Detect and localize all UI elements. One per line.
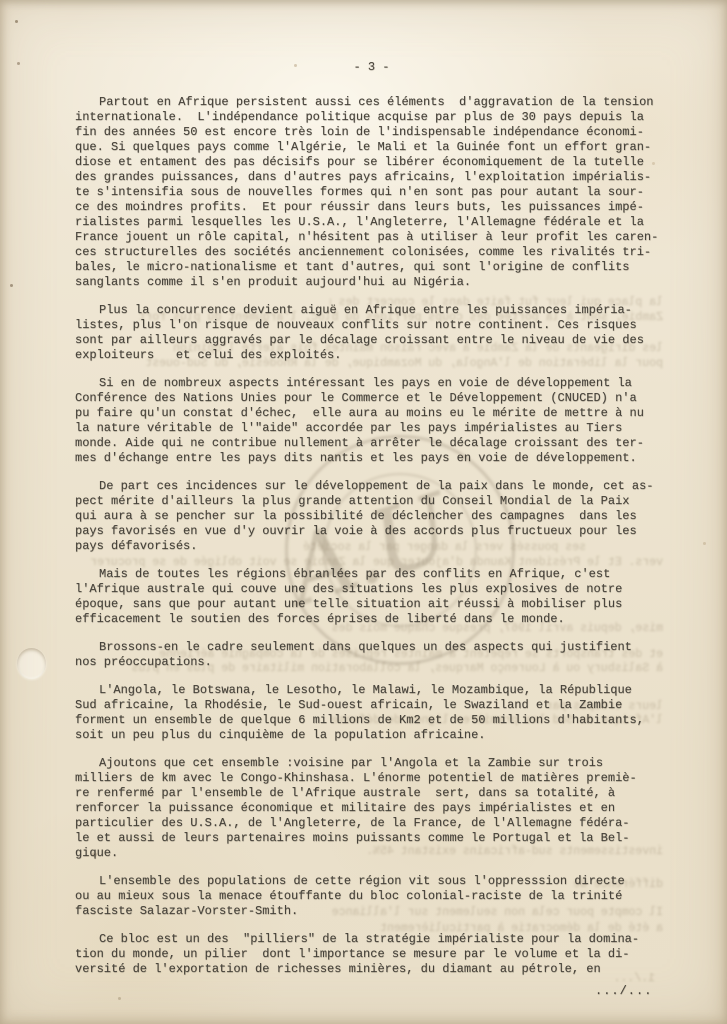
paragraph: Plus la concurrence devient aiguë en Afr… <box>75 303 665 363</box>
paragraph: Brossons-en le cadre seulement dans quel… <box>75 640 665 670</box>
paragraph: Mais de toutes les régions ébranlées par… <box>75 567 665 627</box>
paragraph: Ce bloc est un des "pilliers" de la stra… <box>75 932 665 977</box>
paper-specks <box>0 0 3 3</box>
document-body: Partout en Afrique persistent aussi ces … <box>75 95 665 990</box>
paragraph: L'ensemble des populations de cette régi… <box>75 874 665 919</box>
paragraph: De part ces incidences sur le développem… <box>75 479 665 554</box>
page-number: - 3 - <box>0 60 727 74</box>
scanned-page: la place qui leur fut faite dans le conc… <box>0 0 727 1024</box>
paragraph: Partout en Afrique persistent aussi ces … <box>75 95 665 290</box>
paragraph: Si en de nombreux aspects intéressant le… <box>75 376 665 466</box>
hole-punch <box>17 648 46 679</box>
paragraph: L'Angola, le Botswana, le Lesotho, le Ma… <box>75 683 665 743</box>
continuation-mark: .../... <box>595 984 652 998</box>
paragraph: Ajoutons que cet ensemble :voisine par l… <box>75 756 665 861</box>
